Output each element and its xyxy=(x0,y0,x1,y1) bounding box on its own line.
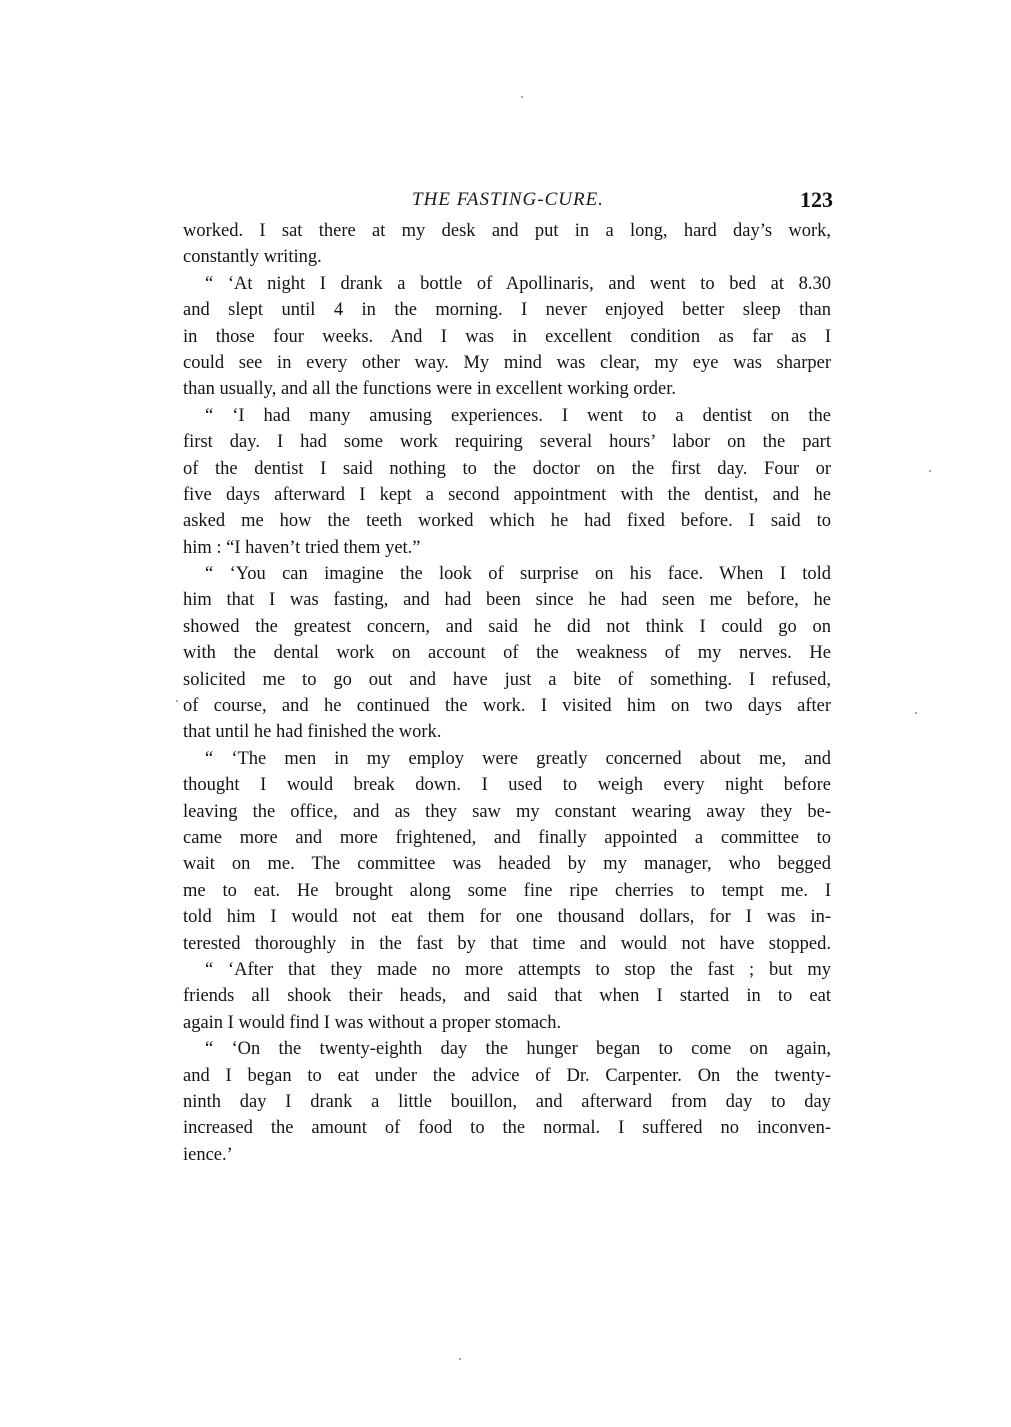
text-line: “ ‘You can imagine the look of surprise … xyxy=(183,561,831,587)
text-line: “ ‘On the twenty-eighth day the hunger b… xyxy=(183,1036,831,1062)
text-line: ience.’ xyxy=(183,1142,831,1168)
text-line: wait on me. The committee was headed by … xyxy=(183,851,831,877)
paragraph: “ ‘After that they made no more attempts… xyxy=(183,957,831,1036)
text-line: friends all shook their heads, and said … xyxy=(183,983,831,1009)
running-head: THE FASTING-CURE. 123 xyxy=(183,189,833,219)
paragraph: “ ‘The men in my employ were greatly con… xyxy=(183,746,831,957)
text-line: “ ‘After that they made no more attempts… xyxy=(183,957,831,983)
scan-speck xyxy=(915,712,917,714)
text-line: of course, and he continued the work. I … xyxy=(183,693,831,719)
text-line: in those four weeks. And I was in excell… xyxy=(183,324,831,350)
running-head-title: THE FASTING-CURE. xyxy=(183,189,833,211)
text-line: terested thoroughly in the fast by that … xyxy=(183,931,831,957)
text-line: came more and more frightened, and final… xyxy=(183,825,831,851)
text-line: asked me how the teeth worked which he h… xyxy=(183,508,831,534)
body-text: worked. I sat there at my desk and put i… xyxy=(183,218,831,1168)
text-line: than usually, and all the functions were… xyxy=(183,376,831,402)
text-line: constantly writing. xyxy=(183,244,831,270)
text-line: him : “I haven’t tried them yet.” xyxy=(183,535,831,561)
text-line: could see in every other way. My mind wa… xyxy=(183,350,831,376)
text-line: that until he had finished the work. xyxy=(183,719,831,745)
book-page: THE FASTING-CURE. 123 worked. I sat ther… xyxy=(0,0,1011,1427)
text-line: of the dentist I said nothing to the doc… xyxy=(183,456,831,482)
scan-speck xyxy=(929,470,931,472)
text-line: “ ‘At night I drank a bottle of Apollina… xyxy=(183,271,831,297)
paragraph: “ ‘At night I drank a bottle of Apollina… xyxy=(183,271,831,403)
text-line: told him I would not eat them for one th… xyxy=(183,904,831,930)
text-line: “ ‘I had many amusing experiences. I wen… xyxy=(183,403,831,429)
text-line: and slept until 4 in the morning. I neve… xyxy=(183,297,831,323)
text-line: first day. I had some work requiring sev… xyxy=(183,429,831,455)
text-line: me to eat. He brought along some fine ri… xyxy=(183,878,831,904)
paragraph: worked. I sat there at my desk and put i… xyxy=(183,218,831,271)
text-line: worked. I sat there at my desk and put i… xyxy=(183,218,831,244)
scan-speck xyxy=(176,700,178,702)
text-line: “ ‘The men in my employ were greatly con… xyxy=(183,746,831,772)
text-line: with the dental work on account of the w… xyxy=(183,640,831,666)
text-line: thought I would break down. I used to we… xyxy=(183,772,831,798)
paragraph: “ ‘I had many amusing experiences. I wen… xyxy=(183,403,831,561)
page-number: 123 xyxy=(800,187,833,213)
text-line: leaving the office, and as they saw my c… xyxy=(183,799,831,825)
text-line: showed the greatest concern, and said he… xyxy=(183,614,831,640)
text-line: and I began to eat under the advice of D… xyxy=(183,1063,831,1089)
text-line: him that I was fasting, and had been sin… xyxy=(183,587,831,613)
text-line: increased the amount of food to the norm… xyxy=(183,1115,831,1141)
text-line: ninth day I drank a little bouillon, and… xyxy=(183,1089,831,1115)
text-line: solicited me to go out and have just a b… xyxy=(183,667,831,693)
text-line: again I would find I was without a prope… xyxy=(183,1010,831,1036)
scan-speck xyxy=(521,96,523,98)
paragraph: “ ‘You can imagine the look of surprise … xyxy=(183,561,831,746)
text-line: five days afterward I kept a second appo… xyxy=(183,482,831,508)
paragraph: “ ‘On the twenty-eighth day the hunger b… xyxy=(183,1036,831,1168)
scan-speck xyxy=(459,1358,461,1360)
